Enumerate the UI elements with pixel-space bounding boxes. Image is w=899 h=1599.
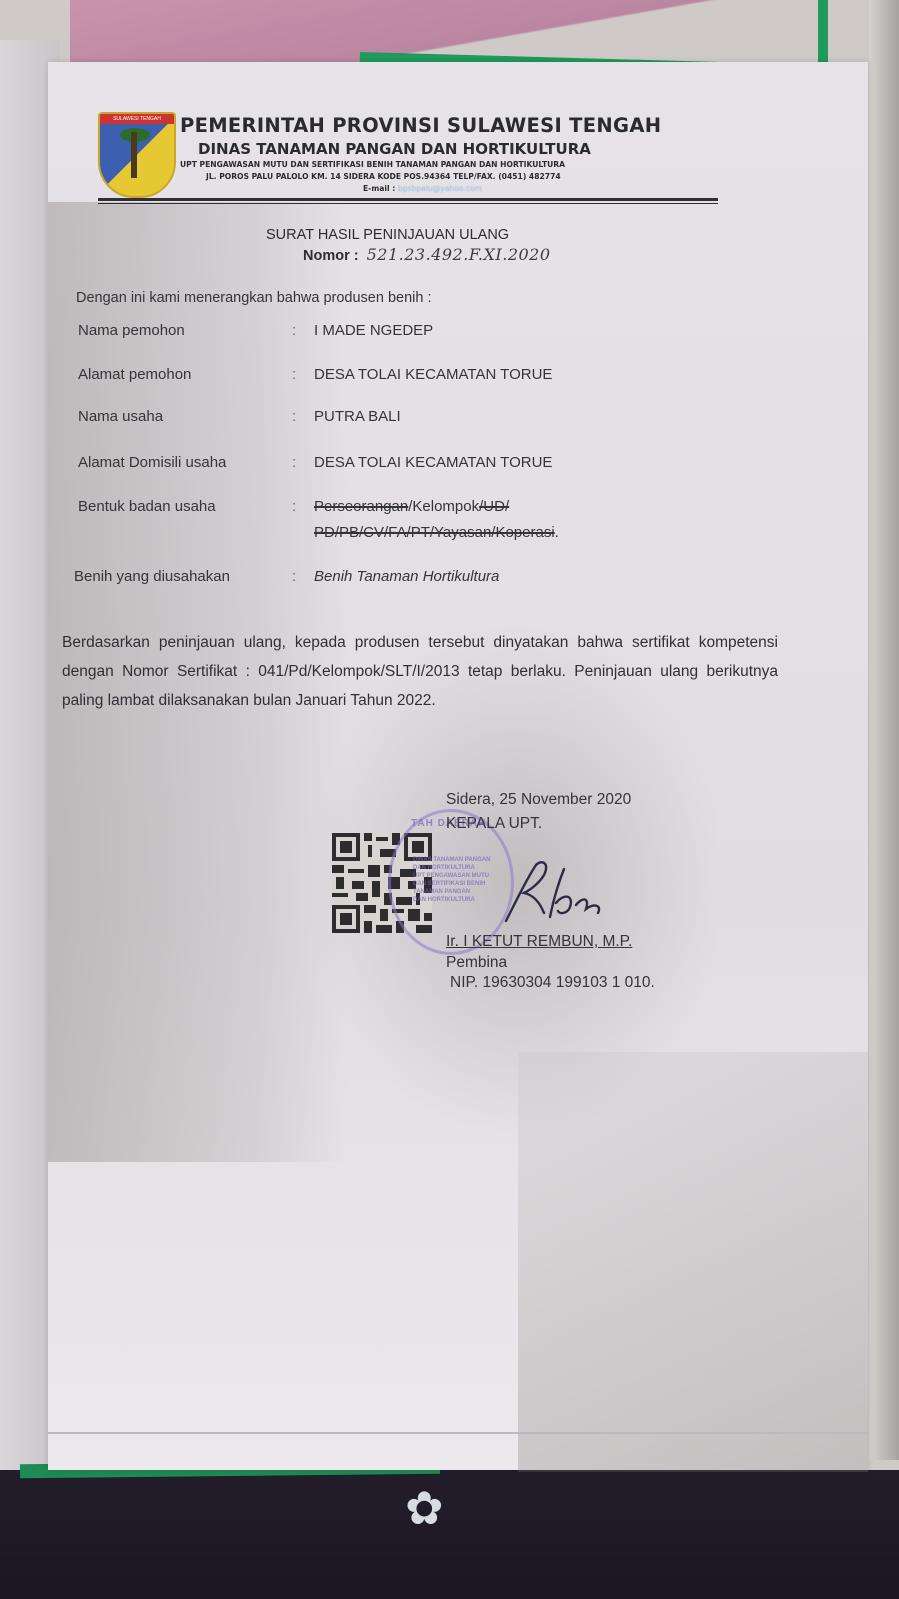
email-link[interactable]: bpsbpalu@yahoo.com (398, 184, 482, 193)
stamp-inner-text: DINAS TANAMAN PANGAN DAN HORTIKULTURA UP… (413, 856, 490, 904)
field-bentuk-badan-usaha: Bentuk badan usaha : Perseorangan/Kelomp… (78, 498, 778, 552)
flower-pattern-icon: ✿ (405, 1485, 444, 1531)
document-title: SURAT HASIL PENINJAUAN ULANG (266, 227, 509, 243)
letterhead-government: PEMERINTAH PROVINSI SULAWESI TENGAH (180, 114, 661, 137)
struck-option: /UD/ (479, 498, 509, 515)
field-value: I MADE NGEDEP (314, 322, 433, 339)
document-number-label: Nomor : (303, 248, 359, 264)
field-label: Alamat pemohon (78, 366, 191, 383)
signer-rank: Pembina (446, 954, 507, 972)
field-value: DESA TOLAI KECAMATAN TORUE (314, 366, 552, 383)
page-bottom-line (48, 1432, 868, 1434)
intro-text: Dengan ini kami menerangkan bahwa produs… (76, 290, 431, 306)
signing-place-date: Sidera, 25 November 2020 (446, 791, 631, 809)
provincial-crest-icon: SULAWESI TENGAH (98, 112, 176, 198)
logo-band: SULAWESI TENGAH (100, 114, 174, 124)
signer-nip: NIP. 19630304 199103 1 010. (450, 974, 655, 992)
letterhead-unit: UPT PENGAWASAN MUTU DAN SERTIFIKASI BENI… (180, 160, 565, 169)
field-nama-usaha: Nama usaha : PUTRA BALI (78, 408, 778, 432)
letterhead-rule-thin (98, 203, 718, 204)
document-number: Nomor : 521.23.492.F.XI.2020 (303, 245, 551, 264)
field-alamat-pemohon: Alamat pemohon : DESA TOLAI KECAMATAN TO… (78, 366, 778, 390)
signature-block: TAH DAERAH DINAS TANAMAN PANGAN DAN HORT… (328, 787, 748, 1007)
letterhead-rule (98, 198, 718, 201)
body-paragraph: Berdasarkan peninjauan ulang, kepada pro… (62, 628, 778, 715)
field-label: Bentuk badan usaha (78, 498, 216, 515)
document-number-value: 521.23.492.F.XI.2020 (367, 245, 551, 264)
letterhead-department: DINAS TANAMAN PANGAN DAN HORTIKULTURA (198, 140, 591, 158)
signer-name: Ir. I KETUT REMBUN, M.P. (446, 933, 632, 951)
struck-option: Perseorangan (314, 498, 408, 515)
field-label: Nama usaha (78, 408, 163, 425)
signer-position: KEPALA UPT. (446, 815, 542, 833)
field-value: DESA TOLAI KECAMATAN TORUE (314, 454, 552, 471)
struck-option: PD/PB/CV/FA/PT/Yayasan/Koperasi (314, 524, 555, 541)
document-page: SULAWESI TENGAH PEMERINTAH PROVINSI SULA… (48, 62, 868, 1470)
field-value-continued: PD/PB/CV/FA/PT/Yayasan/Koperasi. (314, 524, 559, 541)
field-label: Benih yang diusahakan (74, 568, 230, 585)
handwritten-signature-icon (498, 857, 608, 927)
letterhead-address: JL. POROS PALU PALOLO KM. 14 SIDERA KODE… (206, 172, 561, 181)
letterhead-email: E-mail : bpsbpalu@yahoo.com (363, 184, 482, 193)
field-benih-diusahakan: Benih yang diusahakan : Benih Tanaman Ho… (78, 568, 778, 592)
background-table-cloth (0, 1470, 899, 1599)
field-value: Perseorangan/Kelompok/UD/ (314, 498, 509, 515)
field-alamat-domisili-usaha: Alamat Domisili usaha : DESA TOLAI KECAM… (78, 454, 778, 478)
email-label: E-mail : (363, 184, 395, 193)
field-label: Nama pemohon (78, 322, 185, 339)
field-nama-pemohon: Nama pemohon : I MADE NGEDEP (78, 322, 778, 346)
selected-option: /Kelompok (408, 498, 479, 515)
field-label: Alamat Domisili usaha (78, 454, 226, 471)
field-value: Benih Tanaman Hortikultura (314, 568, 499, 585)
field-value: PUTRA BALI (314, 408, 401, 425)
background-right-edge (869, 0, 899, 1460)
